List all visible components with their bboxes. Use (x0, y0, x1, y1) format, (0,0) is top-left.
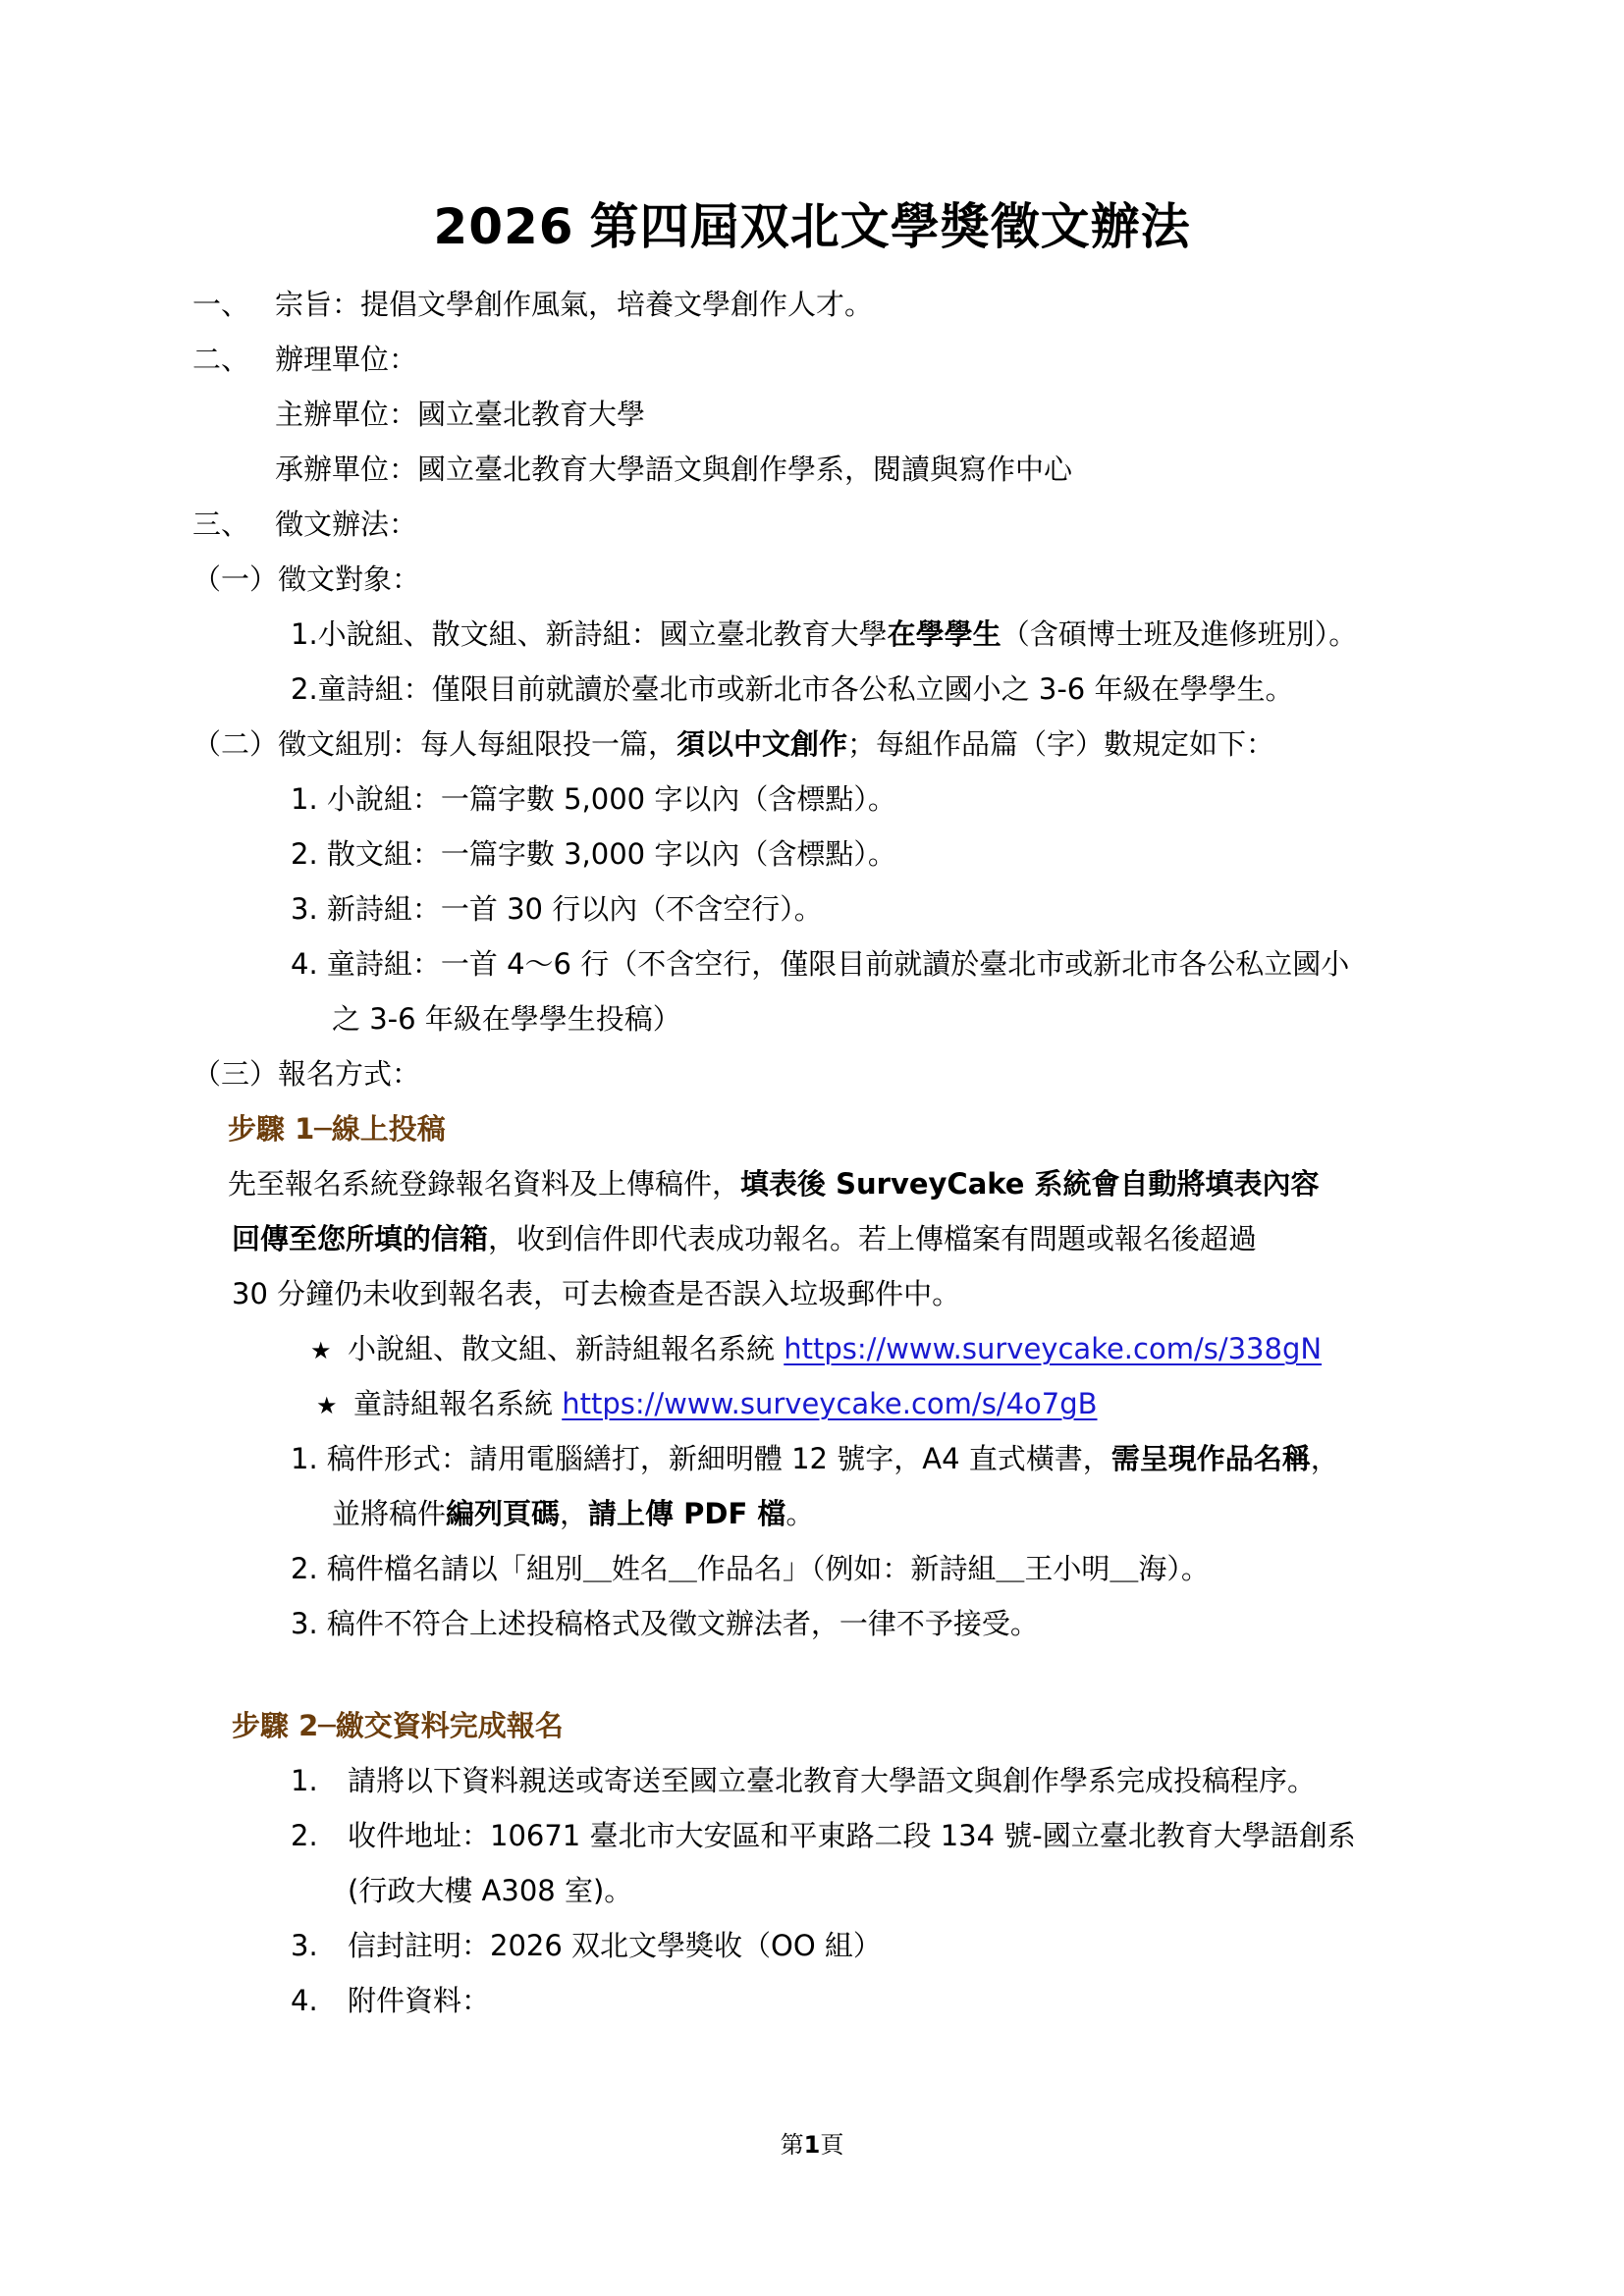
item-text: (行政大樓 A308 室)。 (348, 1874, 632, 1907)
section-text: 徵文辦法： (275, 507, 417, 541)
rule-bold-text: 編列頁碼 (446, 1497, 560, 1530)
step-2-item-continued: (行政大樓 A308 室)。 (291, 1871, 632, 1910)
subsection-eligibility: （一）徵文對象： (192, 560, 420, 599)
step-2-heading: 步驟 2─繳交資料完成報名 (232, 1706, 564, 1745)
step-2-item: 2.收件地址：10671 臺北市大安區和平東路二段 134 號-國立臺北教育大學… (291, 1816, 1356, 1855)
item-number: 3. (291, 1926, 348, 1965)
section-number: 二、 (192, 340, 275, 379)
rule-text: ， (1311, 1442, 1339, 1475)
page-number: 1 (804, 2131, 821, 2159)
registration-link-general[interactable]: https://www.surveycake.com/s/338gN (784, 1332, 1322, 1365)
item-text: 請將以下資料親送或寄送至國立臺北教育大學語文與創作學系完成投稿程序。 (348, 1764, 1316, 1797)
category-item: 1. 小說組：一篇字數 5,000 字以內（含標點）。 (291, 779, 896, 819)
organizer-unit: 承辦單位：國立臺北教育大學語文與創作學系，閱讀與寫作中心 (275, 450, 1072, 489)
title-text: 第四屆双北文學獎徵文辦法 (590, 198, 1191, 255)
eligibility-item-2: 2.童詩組：僅限目前就讀於臺北市或新北市各公私立國小之 3-6 年級在學學生。 (291, 669, 1293, 709)
host-unit: 主辦單位：國立臺北教育大學 (275, 395, 645, 434)
item-bold-text: 在學學生 (888, 617, 1001, 651)
page-title: 2026第四屆双北文學獎徵文辦法 (0, 192, 1624, 261)
rule-bold-text: 需呈現作品名稱 (1111, 1442, 1311, 1475)
link-label: 童詩組報名系統 (353, 1387, 562, 1420)
item-number: 1. (291, 1761, 348, 1800)
submission-rule-3: 3. 稿件不符合上述投稿格式及徵文辦法者，一律不予接受。 (291, 1604, 1039, 1643)
footer-text: 第 (781, 2131, 804, 2159)
category-item-continued: 之 3-6 年級在學學生投稿） (332, 999, 681, 1039)
subsection-registration: （三）報名方式： (192, 1054, 420, 1094)
section-2: 二、辦理單位： (192, 340, 417, 379)
category-item: 3. 新詩組：一首 30 行以內（不含空行）。 (291, 889, 823, 929)
label-text: ；每組作品篇（字）數規定如下： (847, 727, 1274, 761)
page-footer: 第1頁 (0, 2130, 1624, 2160)
item-text: 信封註明：2026 双北文學獎收（OO 組） (348, 1929, 882, 1962)
paragraph-text: ，收到信件即代表成功報名。若上傳檔案有問題或報名後超過 (488, 1222, 1257, 1255)
star-icon: ★ (310, 1331, 348, 1370)
subsection-categories: （二）徵文組別：每人每組限投一篇，須以中文創作；每組作品篇（字）數規定如下： (192, 724, 1274, 764)
item-number: 4. (291, 1981, 348, 2020)
registration-link-row: ★小說組、散文組、新詩組報名系統 https://www.surveycake.… (310, 1329, 1322, 1370)
rule-bold-text: 請上傳 PDF 檔 (588, 1497, 785, 1530)
label-text: （二）徵文組別：每人每組限投一篇， (192, 727, 677, 761)
registration-link-children-poetry[interactable]: https://www.surveycake.com/s/4o7gB (562, 1387, 1097, 1420)
item-number: 2. (291, 1816, 348, 1855)
rule-text: ， (560, 1497, 588, 1530)
star-icon: ★ (316, 1386, 353, 1425)
section-text: 宗旨：提倡文學創作風氣，培養文學創作人才。 (275, 288, 873, 321)
section-3: 三、徵文辦法： (192, 505, 417, 544)
registration-link-row: ★童詩組報名系統 https://www.surveycake.com/s/4o… (316, 1384, 1098, 1425)
item-text: 收件地址：10671 臺北市大安區和平東路二段 134 號-國立臺北教育大學語創… (348, 1819, 1356, 1852)
link-label: 小說組、散文組、新詩組報名系統 (348, 1332, 784, 1365)
step-1-paragraph-line-1: 先至報名系統登錄報名資料及上傳稿件，填表後 SurveyCake 系統會自動將填… (228, 1164, 1320, 1203)
submission-rule-1-continued: 並將稿件編列頁碼，請上傳 PDF 檔。 (332, 1494, 814, 1533)
paragraph-bold-text: 填表後 SurveyCake 系統會自動將填表內容 (740, 1167, 1320, 1201)
section-number: 三、 (192, 505, 275, 544)
item-text: 附件資料： (348, 1984, 490, 2017)
step-2-item: 3.信封註明：2026 双北文學獎收（OO 組） (291, 1926, 882, 1965)
rule-text: 1. 稿件形式：請用電腦繕打，新細明體 12 號字，A4 直式橫書， (291, 1442, 1111, 1475)
item-text: （含碩博士班及進修班別）。 (1001, 617, 1358, 651)
step-1-heading: 步驟 1─線上投稿 (228, 1109, 446, 1148)
section-text: 辦理單位： (275, 343, 417, 376)
rule-text: 並將稿件 (332, 1497, 446, 1530)
step-1-paragraph-line-3: 30 分鐘仍未收到報名表，可去檢查是否誤入垃圾郵件中。 (232, 1274, 960, 1313)
submission-rule-1: 1. 稿件形式：請用電腦繕打，新細明體 12 號字，A4 直式橫書，需呈現作品名… (291, 1439, 1339, 1478)
rule-text: 。 (785, 1497, 814, 1530)
paragraph-bold-text: 回傳至您所填的信箱 (232, 1222, 488, 1255)
label-bold-text: 須以中文創作 (677, 727, 847, 761)
category-item: 2. 散文組：一篇字數 3,000 字以內（含標點）。 (291, 834, 896, 874)
footer-text: 頁 (820, 2131, 843, 2159)
step-1-paragraph-line-2: 回傳至您所填的信箱，收到信件即代表成功報名。若上傳檔案有問題或報名後超過 (232, 1219, 1257, 1258)
section-number: 一、 (192, 285, 275, 324)
section-1: 一、宗旨：提倡文學創作風氣，培養文學創作人才。 (192, 285, 873, 324)
submission-rule-2: 2. 稿件檔名請以「組別＿姓名＿作品名」（例如：新詩組＿王小明＿海）。 (291, 1549, 1210, 1588)
title-year: 2026 (433, 198, 573, 255)
step-2-item: 4.附件資料： (291, 1981, 490, 2020)
document-page: 2026第四屆双北文學獎徵文辦法 一、宗旨：提倡文學創作風氣，培養文學創作人才。… (0, 0, 1624, 2296)
paragraph-text: 先至報名系統登錄報名資料及上傳稿件， (228, 1167, 740, 1201)
item-text: 1.小說組、散文組、新詩組：國立臺北教育大學 (291, 617, 888, 651)
step-2-item: 1.請將以下資料親送或寄送至國立臺北教育大學語文與創作學系完成投稿程序。 (291, 1761, 1316, 1800)
eligibility-item-1: 1.小說組、散文組、新詩組：國立臺北教育大學在學學生（含碩博士班及進修班別）。 (291, 614, 1357, 654)
category-item: 4. 童詩組：一首 4～6 行（不含空行，僅限目前就讀於臺北市或新北市各公私立國… (291, 944, 1349, 984)
